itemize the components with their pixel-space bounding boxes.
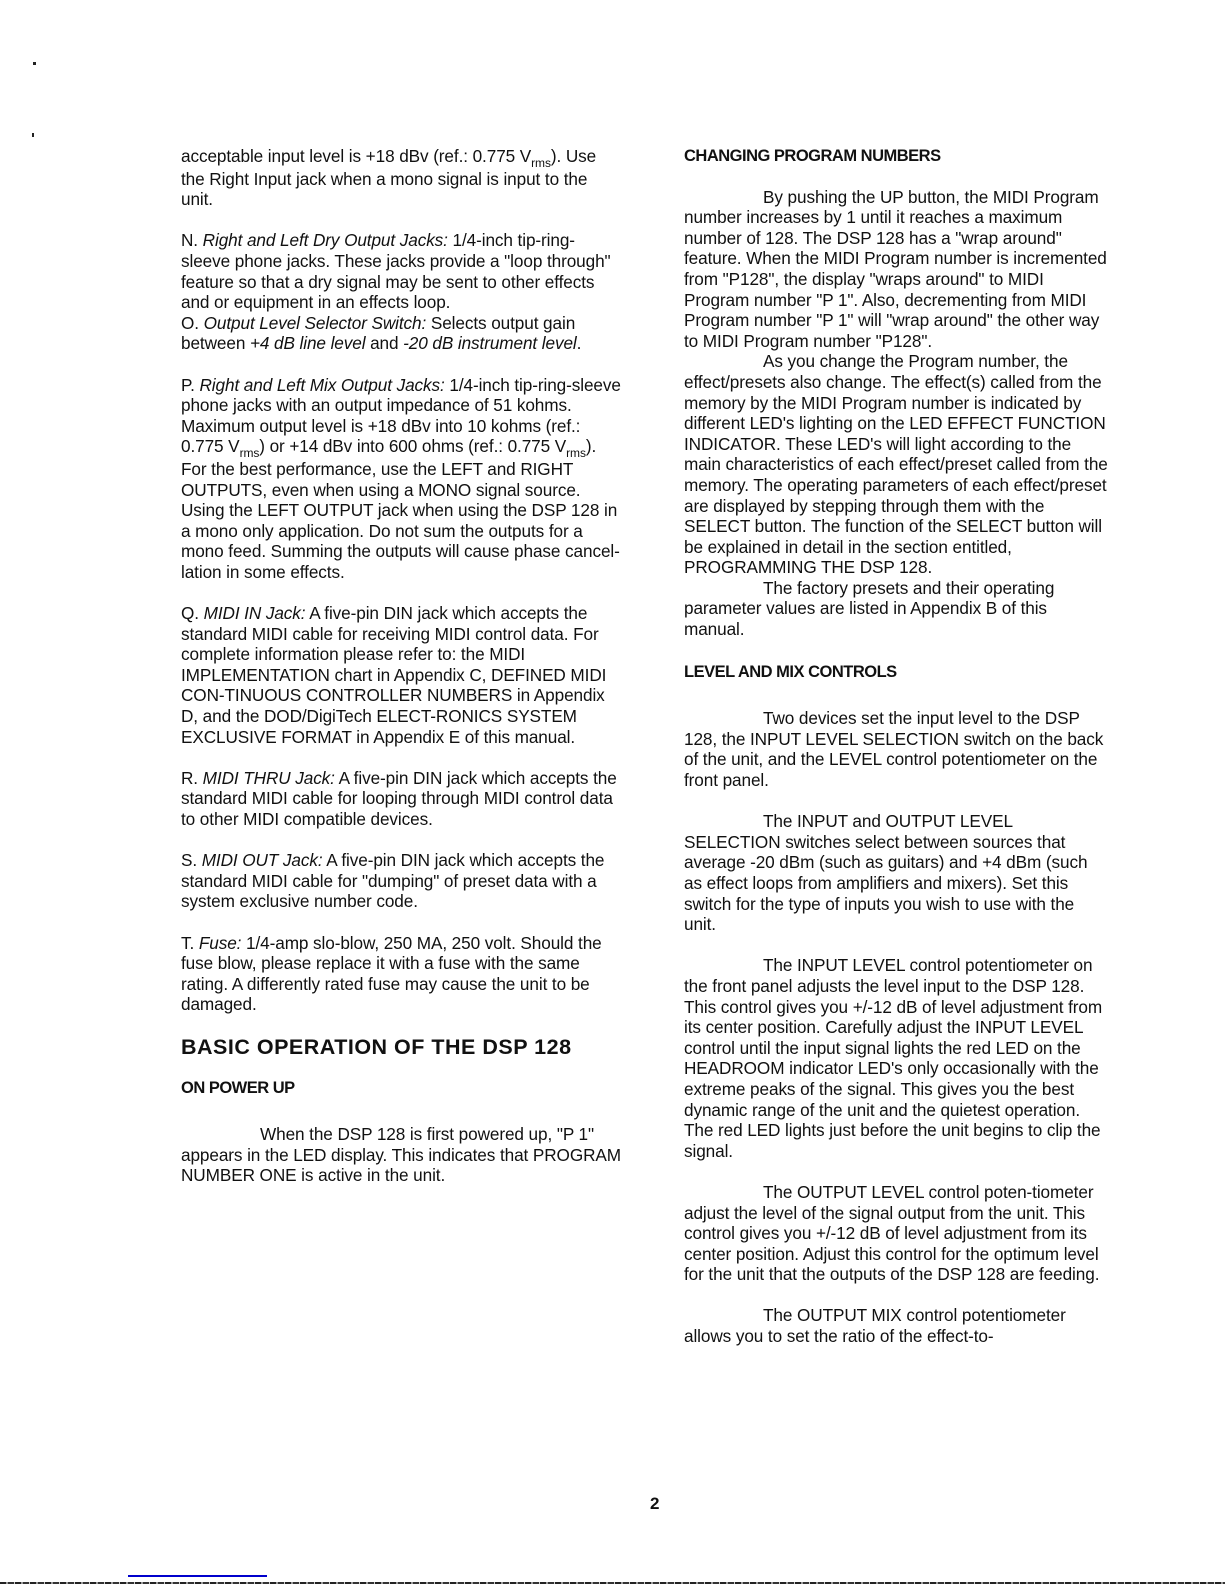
level-paragraph-5: The OUTPUT MIX control potentiometer all… xyxy=(684,1305,1109,1346)
item-p-mix-output-jacks: P. Right and Left Mix Output Jacks: 1/4-… xyxy=(181,375,621,583)
level-paragraph-1: Two devices set the input level to the D… xyxy=(684,708,1109,790)
heading-changing-program-numbers: CHANGING PROGRAM NUMBERS xyxy=(684,146,1109,167)
item-s-midi-out-jack: S. MIDI OUT Jack: A five-pin DIN jack wh… xyxy=(181,850,621,912)
item-t-fuse: T. Fuse: 1/4-amp slo-blow, 250 MA, 250 v… xyxy=(181,933,621,1015)
item-n-dry-output-jacks: N. Right and Left Dry Output Jacks: 1/4-… xyxy=(181,230,621,312)
item-term: MIDI IN Jack: xyxy=(204,603,306,623)
section-heading-basic-operation: BASIC OPERATION OF THE DSP 128 xyxy=(181,1037,621,1058)
item-term: Output Level Selector Switch: xyxy=(204,313,427,333)
power-up-paragraph: When the DSP 128 is first powered up, "P… xyxy=(181,1124,621,1186)
page-number: 2 xyxy=(650,1494,659,1514)
left-column: acceptable input level is +18 dBv (ref.:… xyxy=(181,146,621,1186)
right-column: CHANGING PROGRAM NUMBERS By pushing the … xyxy=(684,146,1109,1347)
scan-bottom-edge xyxy=(0,1582,1225,1584)
heading-level-and-mix-controls: LEVEL AND MIX CONTROLS xyxy=(684,662,1109,683)
scan-link-underline xyxy=(128,1575,267,1577)
item-q-midi-in-jack: Q. MIDI IN Jack: A five-pin DIN jack whi… xyxy=(181,603,621,747)
item-term: Right and Left Mix Output Jacks: xyxy=(200,375,445,395)
item-o-output-level-switch: O. Output Level Selector Switch: Selects… xyxy=(181,313,621,354)
changing-paragraph-1: By pushing the UP button, the MIDI Progr… xyxy=(684,187,1109,352)
item-term: Right and Left Dry Output Jacks: xyxy=(203,230,448,250)
item-term: MIDI THRU Jack: xyxy=(203,768,335,788)
intro-paragraph: acceptable input level is +18 dBv (ref.:… xyxy=(181,146,621,210)
item-r-midi-thru-jack: R. MIDI THRU Jack: A five-pin DIN jack w… xyxy=(181,768,621,830)
scan-speck xyxy=(33,62,36,65)
changing-paragraph-3: The factory presets and their operating … xyxy=(684,578,1109,640)
changing-paragraph-2: As you change the Program number, the ef… xyxy=(684,351,1109,578)
item-term: Fuse: xyxy=(199,933,242,953)
heading-on-power-up: ON POWER UP xyxy=(181,1078,621,1099)
item-term: MIDI OUT Jack: xyxy=(202,850,323,870)
level-paragraph-4: The OUTPUT LEVEL control poten-tiometer … xyxy=(684,1182,1109,1285)
level-paragraph-3: The INPUT LEVEL control potentiometer on… xyxy=(684,955,1109,1161)
scan-speck xyxy=(32,133,34,137)
level-paragraph-2: The INPUT and OUTPUT LEVEL SELECTION swi… xyxy=(684,811,1109,935)
